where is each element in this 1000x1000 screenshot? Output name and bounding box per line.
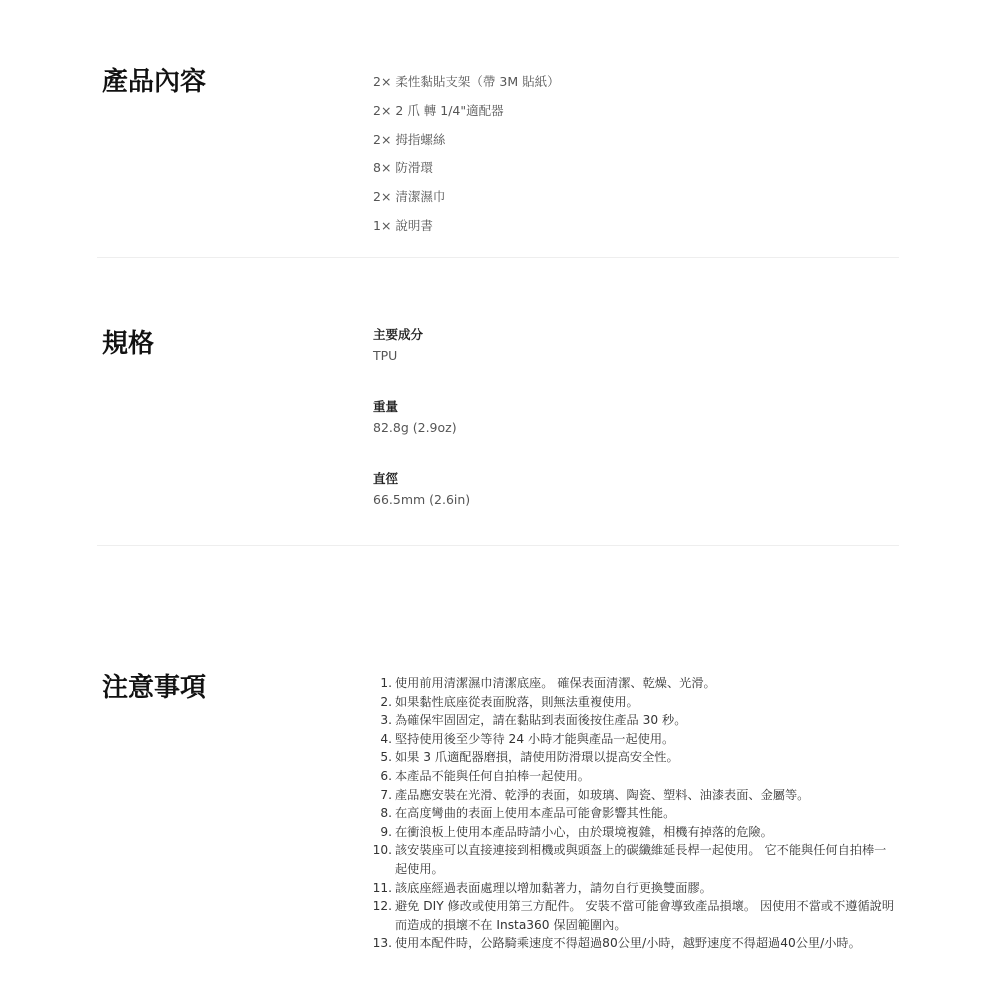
spec-label: 直徑 [373, 469, 470, 489]
notes-list: 使用前用清潔濕巾清潔底座。 確保表面清潔、乾燥、光滑。 如果黏性底座從表面脫落，… [395, 674, 895, 953]
specs-list: 主要成分 TPU 重量 82.8g (2.9oz) 直徑 66.5mm (2.6… [373, 325, 470, 541]
contents-item: 2× 柔性黏貼支架（帶 3M 貼紙） [373, 68, 560, 97]
spec-value: TPU [373, 345, 470, 367]
contents-item: 2× 2 爪 轉 1/4"適配器 [373, 97, 560, 126]
contents-list: 2× 柔性黏貼支架（帶 3M 貼紙） 2× 2 爪 轉 1/4"適配器 2× 拇… [373, 68, 560, 241]
note-item: 該安裝座可以直接連接到相機或與頭盔上的碳纖維延長桿一起使用。 它不能與任何自拍棒… [395, 841, 895, 878]
spec-item-material: 主要成分 TPU [373, 325, 470, 397]
note-item: 如果黏性底座從表面脫落，則無法重複使用。 [395, 693, 895, 712]
spec-item-diameter: 直徑 66.5mm (2.6in) [373, 469, 470, 541]
contents-item: 2× 拇指螺絲 [373, 126, 560, 155]
section-divider [97, 545, 899, 546]
contents-item: 2× 清潔濕巾 [373, 183, 560, 212]
spec-value: 82.8g (2.9oz) [373, 417, 470, 439]
section-divider [97, 257, 899, 258]
spec-label: 重量 [373, 397, 470, 417]
note-item: 使用本配件時，公路騎乘速度不得超過80公里/小時，越野速度不得超過40公里/小時… [395, 934, 895, 953]
contents-item: 8× 防滑環 [373, 154, 560, 183]
note-item: 本產品不能與任何自拍棒一起使用。 [395, 767, 895, 786]
note-item: 使用前用清潔濕巾清潔底座。 確保表面清潔、乾燥、光滑。 [395, 674, 895, 693]
specs-section-title: 規格 [102, 329, 154, 359]
note-item: 如果 3 爪適配器磨損，請使用防滑環以提高安全性。 [395, 748, 895, 767]
note-item: 避免 DIY 修改或使用第三方配件。 安裝不當可能會導致產品損壞。 因使用不當或… [395, 897, 895, 934]
note-item: 產品應安裝在光滑、乾淨的表面，如玻璃、陶瓷、塑料、油漆表面、金屬等。 [395, 786, 895, 805]
spec-value: 66.5mm (2.6in) [373, 489, 470, 511]
note-item: 在高度彎曲的表面上使用本產品可能會影響其性能。 [395, 804, 895, 823]
note-item: 堅持使用後至少等待 24 小時才能與產品一起使用。 [395, 730, 895, 749]
spec-label: 主要成分 [373, 325, 470, 345]
note-item: 在衝浪板上使用本產品時請小心，由於環境複雜，相機有掉落的危險。 [395, 823, 895, 842]
spec-item-weight: 重量 82.8g (2.9oz) [373, 397, 470, 469]
note-item: 為確保牢固固定，請在黏貼到表面後按住產品 30 秒。 [395, 711, 895, 730]
notes-section-title: 注意事項 [102, 673, 206, 703]
contents-section-title: 產品內容 [102, 67, 206, 97]
note-item: 該底座經過表面處理以增加黏著力，請勿自行更換雙面膠。 [395, 879, 895, 898]
contents-item: 1× 說明書 [373, 212, 560, 241]
